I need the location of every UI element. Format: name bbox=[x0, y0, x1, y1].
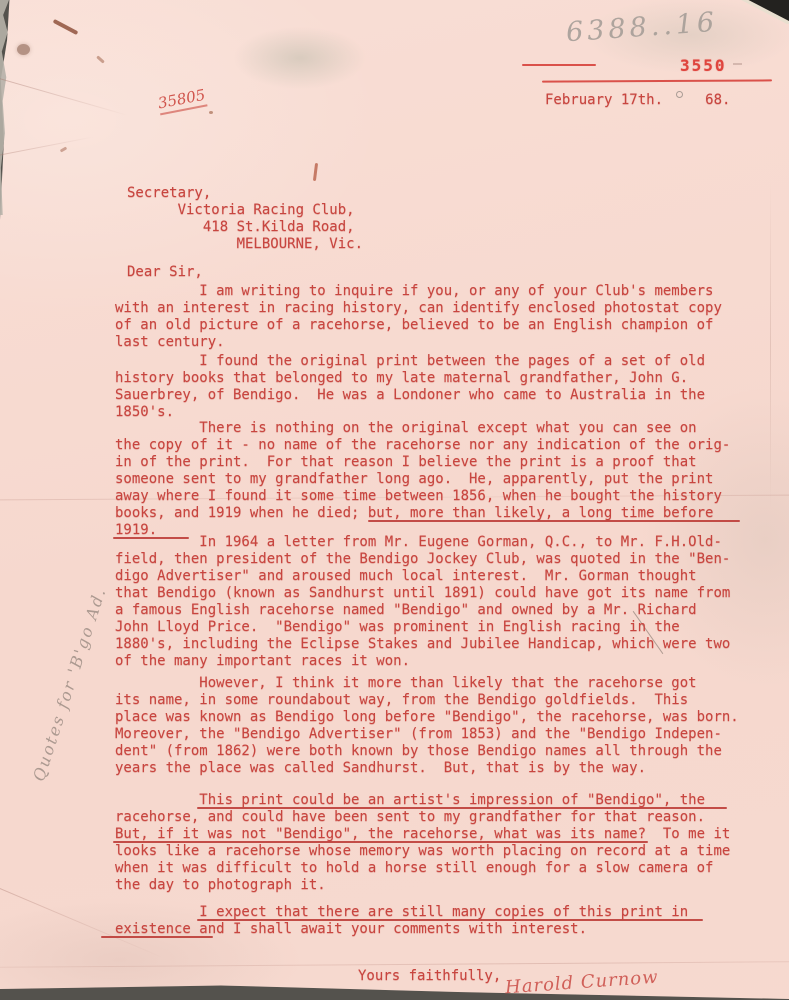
underline-mark bbox=[101, 936, 213, 938]
paragraph-7: I expect that there are still many copie… bbox=[115, 904, 688, 938]
paragraph-2: I found the original print between the p… bbox=[115, 353, 705, 421]
recipient-address: Secretary, Victoria Racing Club, 418 St.… bbox=[127, 185, 363, 253]
underline-mark bbox=[368, 520, 740, 522]
closing: Yours faithfully, bbox=[358, 968, 501, 985]
underline-mark bbox=[197, 807, 727, 809]
underline-mark bbox=[113, 841, 648, 843]
underline-mark bbox=[113, 537, 189, 539]
salutation: Dear Sir, bbox=[127, 264, 203, 281]
paragraph-4: In 1964 a letter from Mr. Eugene Gorman,… bbox=[115, 534, 730, 670]
paragraph-5: However, I think it more than likely tha… bbox=[115, 675, 739, 777]
paragraph-1: I am writing to inquire if you, or any o… bbox=[115, 283, 722, 351]
date-line: February 17th. 68. bbox=[545, 92, 730, 109]
underline-mark bbox=[197, 919, 703, 921]
header-rule-short bbox=[522, 64, 596, 66]
stamp-number: 3550 bbox=[680, 57, 727, 75]
scanned-letter-page: 6388..16 3550 February 17th. 68. 35805 S… bbox=[0, 0, 789, 1000]
